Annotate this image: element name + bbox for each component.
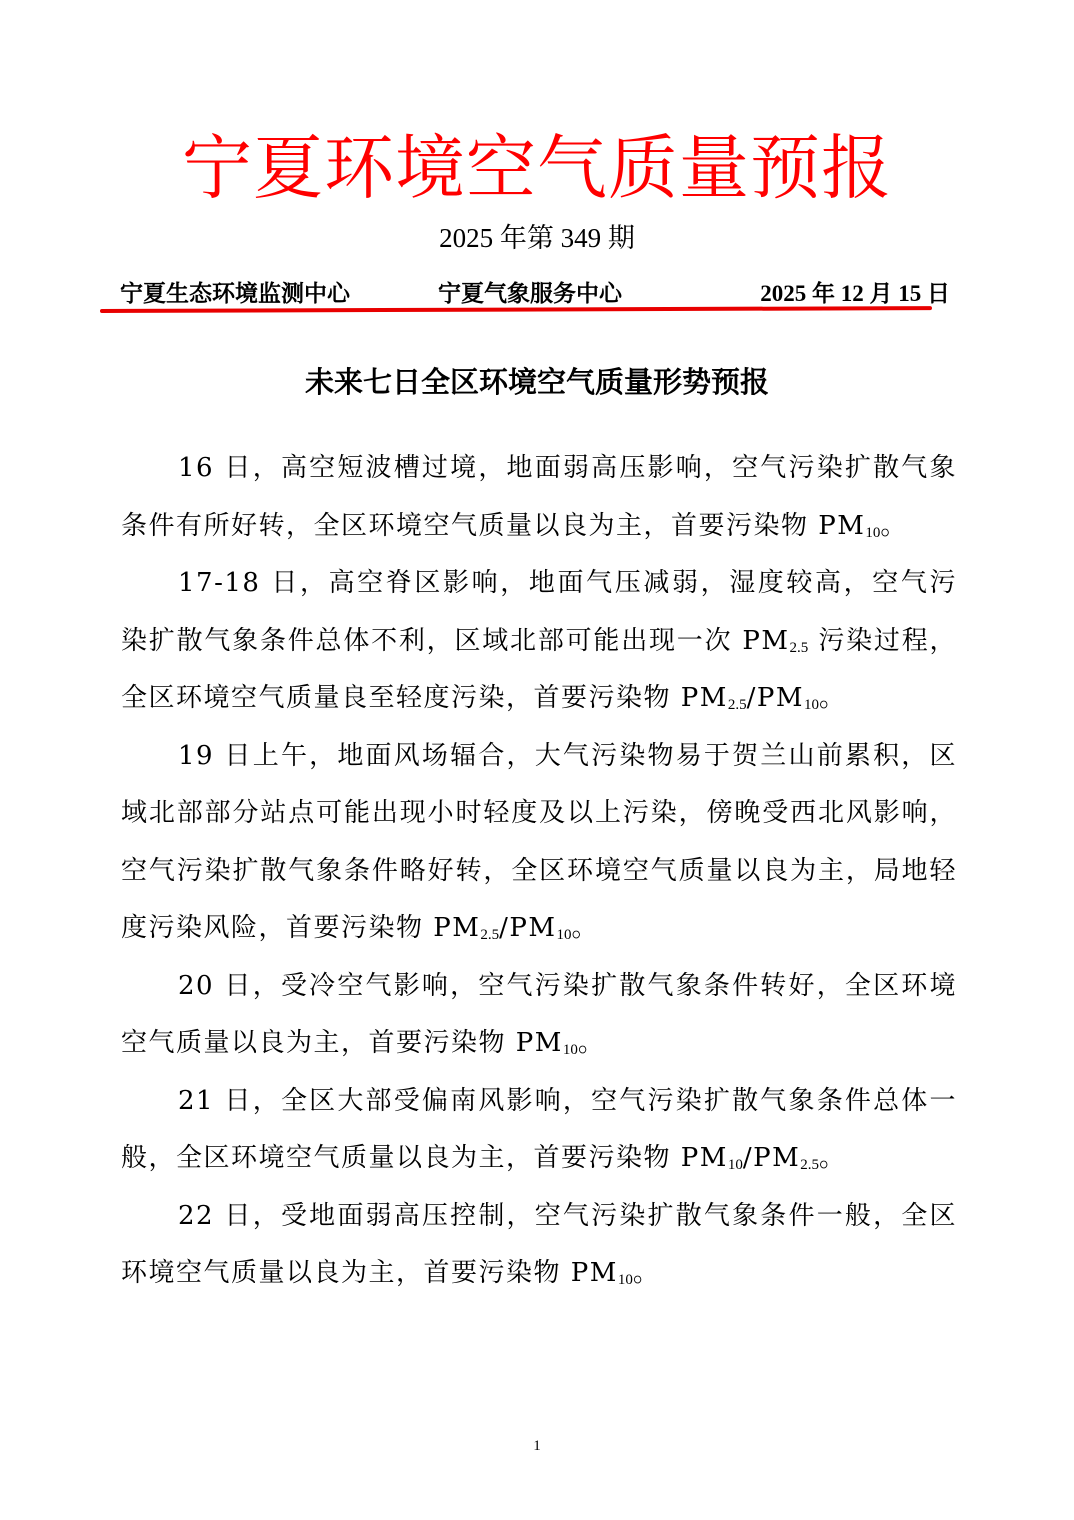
issue-number: 2025 年第 349 期 (0, 220, 1074, 256)
subscript: 10 (618, 1272, 633, 1288)
forecast-paragraph-day-21: 21 日，全区大部受偏南风影响，空气污染扩散气象条件总体一般，全区环境空气质量以… (121, 1073, 957, 1188)
forecast-paragraph-day-22: 22 日，受地面弱高压控制，空气污染扩散气象条件一般，全区环境空气质量以良为主，… (121, 1188, 957, 1303)
issuer-environment-monitoring-center: 宁夏生态环境监测中心 (120, 278, 350, 310)
subscript: 10 (563, 1042, 578, 1058)
forecast-paragraph-day-20: 20 日，受冷空气影响，空气污染扩散气象条件转好，全区环境空气质量以良为主，首要… (121, 958, 957, 1073)
subscript: 2.5 (480, 927, 499, 943)
subscript: 10 (728, 1157, 743, 1173)
subscript: 10 (804, 697, 819, 713)
section-title: 未来七日全区环境空气质量形势预报 (0, 360, 1074, 404)
issuer-row: 宁夏生态环境监测中心 宁夏气象服务中心 2025 年 12 月 15 日 (120, 278, 950, 310)
page-number: 1 (0, 1436, 1074, 1456)
subscript: 2.5 (728, 697, 747, 713)
subscript: 2.5 (790, 640, 809, 656)
issuer-meteorological-service-center: 宁夏气象服务中心 (438, 278, 622, 310)
subscript: 2.5 (800, 1157, 819, 1173)
subscript: 10 (865, 525, 880, 541)
masthead-title: 宁夏环境空气质量预报 (0, 128, 1074, 208)
forecast-paragraph-day-16: 16 日，高空短波槽过境，地面弱高压影响，空气污染扩散气象条件有所好转，全区环境… (121, 440, 957, 555)
subscript: 10 (557, 927, 572, 943)
document-page: 宁夏环境空气质量预报 2025 年第 349 期 宁夏生态环境监测中心 宁夏气象… (0, 0, 1074, 1520)
forecast-paragraph-day-19: 19 日上午，地面风场辐合，大气污染物易于贺兰山前累积，区域北部部分站点可能出现… (121, 728, 957, 958)
forecast-body: 16 日，高空短波槽过境，地面弱高压影响，空气污染扩散气象条件有所好转，全区环境… (121, 440, 957, 1303)
forecast-paragraph-day-17-18: 17-18 日，高空脊区影响，地面气压减弱，湿度较高，空气污染扩散气象条件总体不… (121, 555, 957, 728)
